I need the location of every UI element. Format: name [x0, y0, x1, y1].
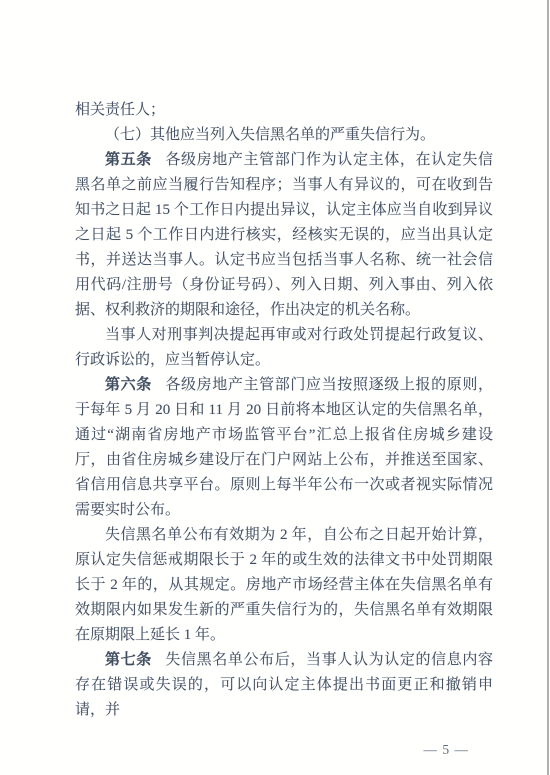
- paragraph-text: （七）其他应当列入失信黑名单的严重失信行为。: [105, 127, 435, 143]
- article-number: 第五条: [105, 152, 152, 168]
- document-page: 相关责任人； （七）其他应当列入失信黑名单的严重失信行为。 第五条各级房地产主管…: [0, 0, 550, 775]
- paragraph: 失信黑名单公布有效期为 2 年，自公布之日起开始计算，原认定失信惩戒期限长于 2…: [75, 523, 493, 648]
- article-number: 第六条: [105, 377, 152, 393]
- paragraph: （七）其他应当列入失信黑名单的严重失信行为。: [75, 123, 493, 148]
- paragraph-text: 失信黑名单公布有效期为 2 年，自公布之日起开始计算，原认定失信惩戒期限长于 2…: [75, 527, 493, 643]
- paragraph-text: 各级房地产主管部门应当按照逐级上报的原则，于每年 5 月 20 日和 11 月 …: [75, 377, 493, 518]
- article-number: 第七条: [105, 652, 152, 668]
- paragraph-text: 相关责任人；: [75, 102, 165, 118]
- page-number: — 5 —: [75, 737, 493, 762]
- paragraph-article-7: 第七条失信黑名单公布后，当事人认为认定的信息内容存在错误或失误的，可以向认定主体…: [75, 648, 493, 723]
- paragraph-text: 当事人对刑事判决提起再审或对行政处罚提起行政复议、行政诉讼的，应当暂停认定。: [75, 327, 493, 368]
- paragraph-article-6: 第六条各级房地产主管部门应当按照逐级上报的原则，于每年 5 月 20 日和 11…: [75, 373, 493, 523]
- scan-edge-line: [547, 0, 549, 775]
- paragraph: 相关责任人；: [75, 98, 493, 123]
- paragraph: 当事人对刑事判决提起再审或对行政处罚提起行政复议、行政诉讼的，应当暂停认定。: [75, 323, 493, 373]
- document-body: 相关责任人； （七）其他应当列入失信黑名单的严重失信行为。 第五条各级房地产主管…: [75, 98, 493, 762]
- paragraph-text: 各级房地产主管部门作为认定主体，在认定失信黑名单之前应当履行告知程序；当事人有异…: [75, 152, 493, 318]
- paragraph-article-5: 第五条各级房地产主管部门作为认定主体，在认定失信黑名单之前应当履行告知程序；当事…: [75, 148, 493, 323]
